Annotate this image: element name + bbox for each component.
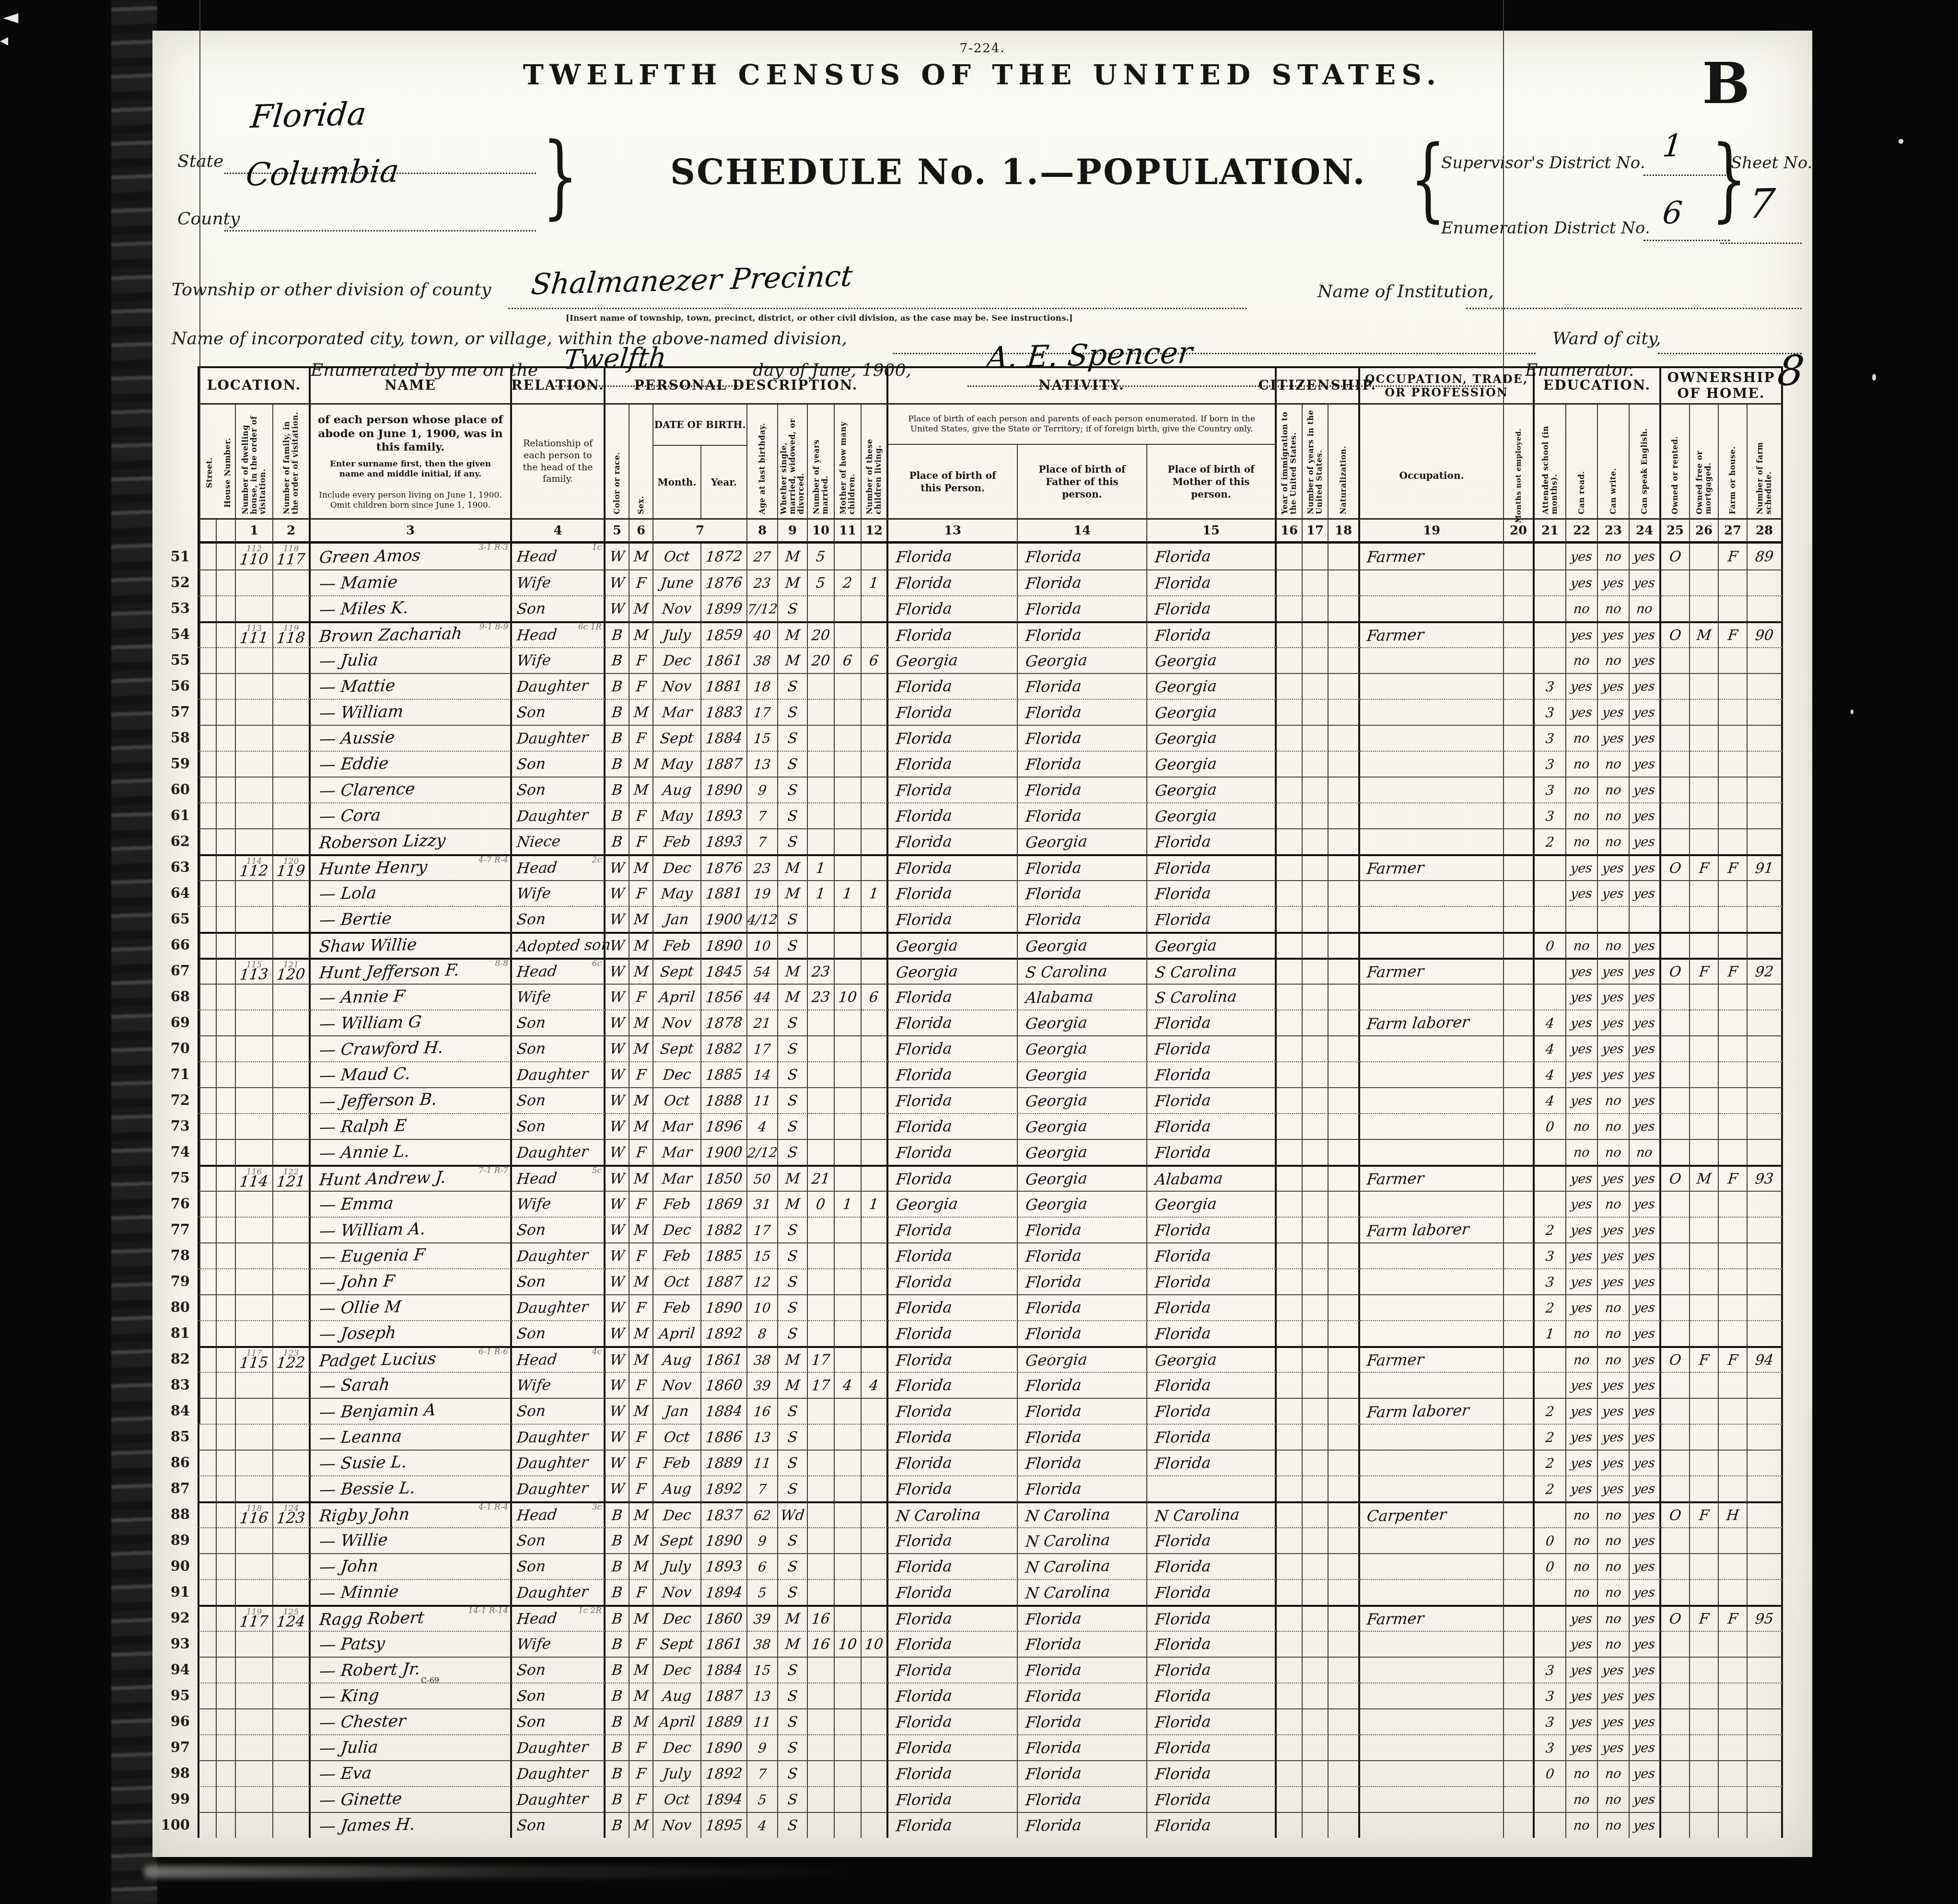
cell-family	[273, 1217, 311, 1242]
cell-birthplace: Florida	[888, 854, 1018, 880]
cell-house	[217, 1424, 236, 1450]
cell-free_mortgaged: F	[1690, 1346, 1719, 1372]
cell-marital: S	[778, 1475, 808, 1501]
cell-marital: S	[778, 906, 808, 932]
cell-sex: M	[629, 1501, 653, 1527]
cell-mother_of	[835, 854, 862, 880]
cell-birth_year: 1890	[701, 777, 747, 802]
cell-birth_year: 1860	[701, 1372, 747, 1398]
cell-mother_of	[835, 1812, 862, 1838]
row-number: 84	[167, 1398, 198, 1424]
cell-months_not_employed	[1504, 1346, 1535, 1372]
cell-years_in_us	[1303, 1708, 1329, 1734]
cell-attended_school	[1535, 880, 1566, 906]
cell-color: W	[606, 1294, 629, 1320]
cell-years_married: 23	[808, 958, 835, 984]
cell-years_in_us	[1303, 854, 1329, 880]
cell-attended_school	[1535, 1786, 1566, 1812]
cell-free_mortgaged	[1690, 1268, 1719, 1294]
cell-occupation	[1360, 1450, 1504, 1475]
cell-father_birthplace: Florida	[1018, 1242, 1147, 1268]
cell-farm_house	[1719, 1475, 1748, 1501]
cell-color: B	[606, 1708, 629, 1734]
cell-children_living: 1	[862, 880, 888, 906]
cell-can_write: yes	[1598, 1242, 1630, 1268]
cell-owned_rented: O	[1661, 544, 1690, 569]
cell-months_not_employed	[1504, 1398, 1535, 1424]
cell-street	[198, 1217, 217, 1242]
cell-immigration_year	[1277, 906, 1303, 932]
cell-marital: S	[778, 1268, 808, 1294]
cell-occupation	[1360, 1527, 1504, 1553]
cell-speak_english: yes	[1630, 1165, 1661, 1191]
cell-farm_house	[1719, 569, 1748, 595]
cell-mother_birthplace: Florida	[1147, 595, 1277, 621]
cell-birth_month: Dec	[653, 1605, 701, 1631]
cell-birth_year: 1878	[701, 1010, 747, 1035]
cell-occupation: Farmer	[1360, 854, 1504, 880]
cell-farm_schedule	[1748, 1242, 1783, 1268]
cell-sex: F	[629, 725, 653, 751]
cell-farm_house	[1719, 1450, 1748, 1475]
cell-occupation	[1360, 1424, 1504, 1450]
cell-mother_birthplace: Florida	[1147, 569, 1277, 595]
cell-naturalization	[1329, 544, 1360, 569]
cell-immigration_year	[1277, 1475, 1303, 1501]
cell-can_write: no	[1598, 1579, 1630, 1605]
cell-age: 44	[747, 984, 778, 1010]
cell-farm_schedule	[1748, 595, 1783, 621]
cell-birthplace: Florida	[888, 1708, 1018, 1734]
cell-mother_of	[835, 828, 862, 854]
cell-sex: M	[629, 1398, 653, 1424]
cell-father_birthplace: N Carolina	[1018, 1553, 1147, 1579]
cell-color: B	[606, 1527, 629, 1553]
cell-years_in_us	[1303, 595, 1329, 621]
cell-marital: S	[778, 802, 808, 828]
cell-name: Shaw Willie	[311, 932, 512, 958]
cell-birth_year: 1889	[701, 1708, 747, 1734]
cell-years_in_us	[1303, 1579, 1329, 1605]
cell-years_in_us	[1303, 621, 1329, 647]
cell-immigration_year	[1277, 673, 1303, 699]
cell-mother_birthplace: Florida	[1147, 1450, 1277, 1475]
cell-children_living: 4	[862, 1372, 888, 1398]
cell-color: B	[606, 777, 629, 802]
cell-father_birthplace: Florida	[1018, 1760, 1147, 1786]
cell-years_in_us	[1303, 958, 1329, 984]
row-number: 71	[167, 1061, 198, 1087]
cell-children_living	[862, 673, 888, 699]
cell-farm_house	[1719, 1217, 1748, 1242]
cell-family	[273, 1760, 311, 1786]
cell-birth_month: April	[653, 984, 701, 1010]
column-number-13: 13	[888, 520, 1018, 544]
cell-relation: 5cHead	[512, 1165, 606, 1191]
cell-owned_rented	[1661, 1553, 1690, 1579]
cell-naturalization	[1329, 802, 1360, 828]
cell-farm_schedule	[1748, 828, 1783, 854]
cell-farm_schedule	[1748, 802, 1783, 828]
cell-mother_of	[835, 1450, 862, 1475]
cell-birth_year: 1882	[701, 1217, 747, 1242]
cell-age: 27	[747, 544, 778, 569]
cell-house	[217, 1812, 236, 1838]
row-number: 64	[167, 880, 198, 906]
cell-farm_schedule	[1748, 1191, 1783, 1217]
cell-sex: F	[629, 802, 653, 828]
cell-birth_year: 1850	[701, 1165, 747, 1191]
cell-speak_english: yes	[1630, 1708, 1661, 1734]
cell-mother_birthplace: Florida	[1147, 1579, 1277, 1605]
cell-naturalization	[1329, 932, 1360, 958]
cell-children_living: 6	[862, 647, 888, 673]
cell-occupation	[1360, 1320, 1504, 1346]
cell-can_write: no	[1598, 1553, 1630, 1579]
cell-father_birthplace: Florida	[1018, 777, 1147, 802]
cell-mother_birthplace: Georgia	[1147, 1191, 1277, 1217]
cell-name: — John F	[311, 1268, 512, 1294]
cell-sex: M	[629, 1165, 653, 1191]
cell-owned_rented	[1661, 1268, 1690, 1294]
cell-marital: M	[778, 1605, 808, 1631]
cell-months_not_employed	[1504, 1734, 1535, 1760]
cell-free_mortgaged: F	[1690, 854, 1719, 880]
cell-free_mortgaged	[1690, 1035, 1719, 1061]
cell-years_married	[808, 1294, 835, 1320]
cell-color: W	[606, 1035, 629, 1061]
cell-name: — Minnie	[311, 1579, 512, 1605]
cell-mother_of	[835, 1242, 862, 1268]
cell-speak_english: yes	[1630, 1683, 1661, 1708]
cell-farm_house	[1719, 1398, 1748, 1424]
cell-mother_birthplace: Florida	[1147, 1294, 1277, 1320]
cell-birthplace: Florida	[888, 1035, 1018, 1061]
cell-marital: S	[778, 932, 808, 958]
cell-free_mortgaged: M	[1690, 1165, 1719, 1191]
cell-name: 4-7 R-4Hunte Henry	[311, 854, 512, 880]
cell-occupation	[1360, 1087, 1504, 1113]
cell-owned_rented	[1661, 1734, 1690, 1760]
cell-family: 123122	[273, 1346, 311, 1372]
cell-years_married	[808, 1061, 835, 1087]
cell-attended_school: 3	[1535, 673, 1566, 699]
cell-years_in_us	[1303, 1786, 1329, 1812]
cell-age: 13	[747, 751, 778, 777]
cell-color: B	[606, 1657, 629, 1683]
cell-birth_month: July	[653, 621, 701, 647]
cell-marital: S	[778, 1113, 808, 1139]
cell-attended_school: 4	[1535, 1010, 1566, 1035]
cell-farm_house	[1719, 1579, 1748, 1605]
cell-dwelling	[236, 1527, 273, 1553]
column-desc-color: Color or race.	[606, 405, 629, 520]
cell-relation: Daughter	[512, 1294, 606, 1320]
cell-relation: 3cHead	[512, 1501, 606, 1527]
cell-years_in_us	[1303, 1475, 1329, 1501]
cell-years_in_us	[1303, 1010, 1329, 1035]
cell-farm_house: F	[1719, 544, 1748, 569]
cell-age: 11	[747, 1708, 778, 1734]
row-number: 96	[167, 1708, 198, 1734]
cell-months_not_employed	[1504, 1450, 1535, 1475]
cell-birthplace: Florida	[888, 906, 1018, 932]
cell-mother_of: 10	[835, 1631, 862, 1657]
cell-can_write: no	[1598, 1786, 1630, 1812]
cell-farm_house: F	[1719, 1165, 1748, 1191]
cell-age: 13	[747, 1424, 778, 1450]
column-number-28: 28	[1748, 520, 1783, 544]
cell-speak_english: yes	[1630, 1812, 1661, 1838]
cell-mother_of	[835, 1553, 862, 1579]
cell-mother_of	[835, 802, 862, 828]
cell-farm_schedule	[1748, 725, 1783, 751]
cell-occupation: Farmer	[1360, 621, 1504, 647]
cell-occupation	[1360, 932, 1504, 958]
cell-occupation	[1360, 1812, 1504, 1838]
cell-birth_month: Sept	[653, 958, 701, 984]
cell-marital: S	[778, 1294, 808, 1320]
cell-attended_school	[1535, 544, 1566, 569]
cell-occupation: Farmer	[1360, 958, 1504, 984]
cell-mother_of	[835, 1527, 862, 1553]
cell-street	[198, 1812, 217, 1838]
column-desc-immigration_year: Year of immigration to the United States…	[1277, 405, 1303, 520]
sheet-side-letter: B	[1702, 50, 1750, 116]
cell-birth_month: Nov	[653, 1579, 701, 1605]
cell-can_write: no	[1598, 802, 1630, 828]
row-number: 81	[167, 1320, 198, 1346]
row-number: 54	[167, 621, 198, 647]
cell-owned_rented	[1661, 1061, 1690, 1087]
cell-occupation	[1360, 1708, 1504, 1734]
cell-immigration_year	[1277, 1087, 1303, 1113]
cell-name: — Bessie L.	[311, 1475, 512, 1501]
cell-marital: S	[778, 1035, 808, 1061]
cell-farm_house	[1719, 906, 1748, 932]
cell-speak_english: yes	[1630, 1294, 1661, 1320]
cell-mother_birthplace: Florida	[1147, 1139, 1277, 1165]
cell-father_birthplace: Florida	[1018, 1605, 1147, 1631]
cell-naturalization	[1329, 595, 1360, 621]
cell-can_write: yes	[1598, 621, 1630, 647]
cell-age: 38	[747, 647, 778, 673]
film-arrow-icon: ◂	[0, 31, 8, 50]
cell-marital: M	[778, 569, 808, 595]
cell-relation: Son	[512, 1708, 606, 1734]
cell-naturalization	[1329, 1579, 1360, 1605]
cell-dwelling	[236, 1708, 273, 1734]
cell-attended_school	[1535, 1191, 1566, 1217]
cell-months_not_employed	[1504, 1035, 1535, 1061]
column-desc-speak_english: Can speak English.	[1630, 405, 1661, 520]
cell-years_in_us	[1303, 984, 1329, 1010]
cell-mother_birthplace: Florida	[1147, 1424, 1277, 1450]
cell-speak_english: yes	[1630, 699, 1661, 725]
cell-father_birthplace: Florida	[1018, 1786, 1147, 1812]
column-group-ownership-of-home-: OWNERSHIP OF HOME.	[1661, 366, 1783, 405]
cell-color: W	[606, 958, 629, 984]
cell-months_not_employed	[1504, 854, 1535, 880]
cell-can_read: yes	[1566, 1424, 1598, 1450]
cell-birth_month: Dec	[653, 854, 701, 880]
cell-farm_house: F	[1719, 1346, 1748, 1372]
cell-birth_month: May	[653, 880, 701, 906]
cell-sex: F	[629, 1734, 653, 1760]
cell-months_not_employed	[1504, 1631, 1535, 1657]
cell-can_write: yes	[1598, 725, 1630, 751]
cell-mother_of	[835, 1165, 862, 1191]
cell-children_living	[862, 1217, 888, 1242]
cell-birth_month: Aug	[653, 1683, 701, 1708]
row-number: 58	[167, 725, 198, 751]
cell-color: W	[606, 1372, 629, 1398]
cell-father_birthplace: Florida	[1018, 1734, 1147, 1760]
cell-speak_english: yes	[1630, 1579, 1661, 1605]
cell-father_birthplace: Florida	[1018, 880, 1147, 906]
schedule-title: SCHEDULE No. 1.—POPULATION.	[670, 151, 1366, 192]
cell-age: 16	[747, 1398, 778, 1424]
cell-mother_birthplace: Georgia	[1147, 699, 1277, 725]
cell-age: 15	[747, 725, 778, 751]
cell-farm_house	[1719, 777, 1748, 802]
cell-color: W	[606, 906, 629, 932]
column-number-22: 22	[1566, 520, 1598, 544]
cell-owned_rented	[1661, 1631, 1690, 1657]
row-number: 68	[167, 984, 198, 1010]
cell-family	[273, 1475, 311, 1501]
cell-name: — Benjamin A	[311, 1398, 512, 1424]
cell-years_in_us	[1303, 673, 1329, 699]
cell-house	[217, 673, 236, 699]
cell-birth_year: 1884	[701, 1657, 747, 1683]
cell-speak_english: yes	[1630, 777, 1661, 802]
cell-farm_house	[1719, 1631, 1748, 1657]
cell-birthplace: N Carolina	[888, 1501, 1018, 1527]
cell-attended_school	[1535, 1346, 1566, 1372]
cell-house	[217, 751, 236, 777]
cell-years_married: 20	[808, 647, 835, 673]
cell-birth_year: 1861	[701, 1631, 747, 1657]
cell-mother_of	[835, 1579, 862, 1605]
cell-relation: Daughter	[512, 1450, 606, 1475]
cell-free_mortgaged	[1690, 1786, 1719, 1812]
cell-name: — Annie L.	[311, 1139, 512, 1165]
cell-attended_school: 3	[1535, 1734, 1566, 1760]
form-code: 7-224.	[152, 41, 1812, 56]
cell-can_read: yes	[1566, 569, 1598, 595]
cell-birth_month: Nov	[653, 673, 701, 699]
cell-children_living	[862, 1501, 888, 1527]
cell-father_birthplace: Florida	[1018, 854, 1147, 880]
cell-farm_schedule	[1748, 1398, 1783, 1424]
cell-name: — Joseph	[311, 1320, 512, 1346]
cell-owned_rented	[1661, 1113, 1690, 1139]
cell-birthplace: Florida	[888, 828, 1018, 854]
cell-free_mortgaged	[1690, 1424, 1719, 1450]
cell-farm_schedule	[1748, 569, 1783, 595]
cell-marital: S	[778, 1734, 808, 1760]
cell-mother_birthplace: Florida	[1147, 544, 1277, 569]
cell-birth_year: 1890	[701, 1294, 747, 1320]
cell-speak_english: yes	[1630, 1242, 1661, 1268]
cell-relation: Daughter	[512, 1242, 606, 1268]
cell-birth_year: 1837	[701, 1501, 747, 1527]
row-number: 55	[167, 647, 198, 673]
cell-months_not_employed	[1504, 1294, 1535, 1320]
cell-months_not_employed	[1504, 544, 1535, 569]
cell-sex: F	[629, 984, 653, 1010]
cell-owned_rented	[1661, 1398, 1690, 1424]
cell-mother_of	[835, 1424, 862, 1450]
cell-sex: M	[629, 1087, 653, 1113]
cell-farm_schedule	[1748, 1217, 1783, 1242]
cell-years_in_us	[1303, 1527, 1329, 1553]
name-column-desc: of each person whose place of abode on J…	[311, 405, 512, 520]
cell-can_read: yes	[1566, 1035, 1598, 1061]
cell-sex: F	[629, 1242, 653, 1268]
cell-age: 7/12	[747, 595, 778, 621]
cell-months_not_employed	[1504, 802, 1535, 828]
cell-years_married: 17	[808, 1372, 835, 1398]
cell-owned_rented: O	[1661, 1605, 1690, 1631]
cell-immigration_year	[1277, 854, 1303, 880]
cell-sex: M	[629, 906, 653, 932]
cell-can_write: no	[1598, 828, 1630, 854]
cell-color: B	[606, 725, 629, 751]
cell-immigration_year	[1277, 1734, 1303, 1760]
cell-marital: S	[778, 1579, 808, 1605]
cell-relation: Wife	[512, 647, 606, 673]
cell-attended_school: 3	[1535, 777, 1566, 802]
cell-birth_month: Dec	[653, 1501, 701, 1527]
cell-months_not_employed	[1504, 1139, 1535, 1165]
cell-farm_schedule	[1748, 984, 1783, 1010]
cell-name: — Robert Jr.	[311, 1657, 512, 1683]
census-sheet: 7-224. TWELFTH CENSUS OF THE UNITED STAT…	[152, 31, 1812, 1857]
cell-occupation	[1360, 595, 1504, 621]
cell-street	[198, 751, 217, 777]
cell-farm_house	[1719, 1812, 1748, 1838]
cell-owned_rented	[1661, 1579, 1690, 1605]
cell-naturalization	[1329, 1217, 1360, 1242]
cell-birth_year: 1856	[701, 984, 747, 1010]
cell-dwelling	[236, 880, 273, 906]
cell-relation: Son	[512, 1812, 606, 1838]
cell-free_mortgaged	[1690, 1812, 1719, 1838]
cell-age: 40	[747, 621, 778, 647]
cell-free_mortgaged	[1690, 1631, 1719, 1657]
cell-children_living	[862, 958, 888, 984]
cell-free_mortgaged	[1690, 906, 1719, 932]
cell-years_married	[808, 725, 835, 751]
cell-children_living	[862, 725, 888, 751]
column-desc-naturalization: Naturalization.	[1329, 405, 1360, 520]
cell-attended_school: 0	[1535, 1553, 1566, 1579]
cell-owned_rented	[1661, 569, 1690, 595]
cell-naturalization	[1329, 880, 1360, 906]
cell-dwelling	[236, 1657, 273, 1683]
cell-immigration_year	[1277, 751, 1303, 777]
cell-speak_english: yes	[1630, 1010, 1661, 1035]
cell-family	[273, 1294, 311, 1320]
cell-can_read: yes	[1566, 1061, 1598, 1087]
cell-birth_month: Sept	[653, 1527, 701, 1553]
cell-speak_english: yes	[1630, 647, 1661, 673]
cell-age: 11	[747, 1450, 778, 1475]
cell-mother_birthplace: Florida	[1147, 828, 1277, 854]
cell-attended_school	[1535, 1501, 1566, 1527]
